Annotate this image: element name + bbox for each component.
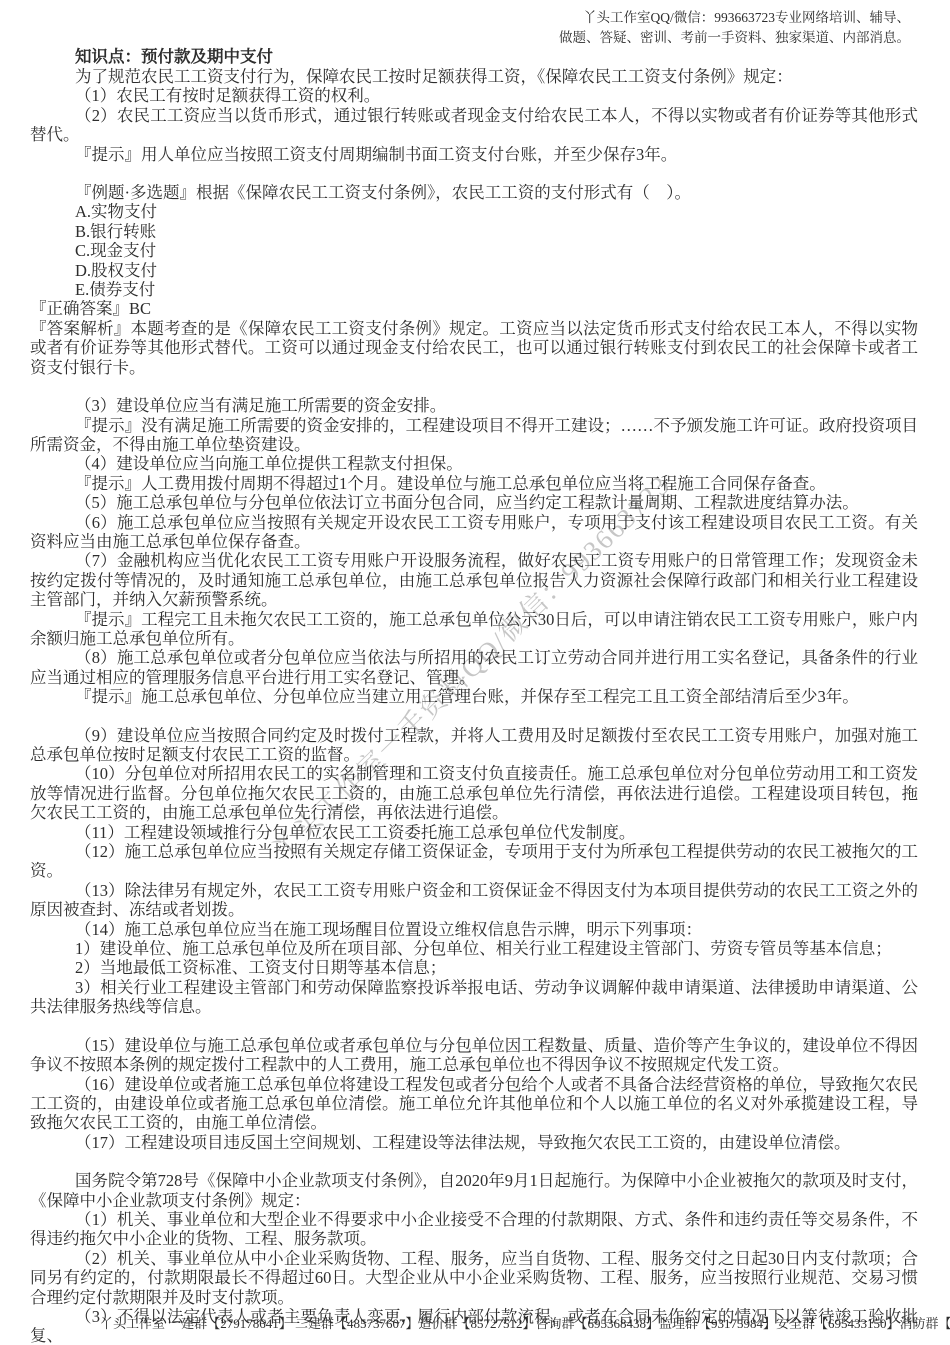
paragraph: 国务院令第728号《保障中小企业款项支付条例》，自2020年9月1日起施行。为保… <box>30 1171 918 1210</box>
paragraph: 『提示』人工费用拨付周期不得超过1个月。建设单位与施工总承包单位应当将工程施工合… <box>30 474 918 493</box>
header-line-2: 做题、答疑、密训、考前一手资料、独家渠道、内部消息。 <box>290 28 910 48</box>
paragraph: （5）施工总承包单位与分包单位依法订立书面分包合同，应当约定工程款计量周期、工程… <box>30 493 918 512</box>
paragraph: D.股权支付 <box>30 261 918 280</box>
paragraph: （14）施工总承包单位应当在施工现场醒目位置设立维权信息告示牌，明示下列事项： <box>30 920 918 939</box>
paragraph: （16）建设单位或者施工总承包单位将建设工程发包或者分包给个人或者不具备合法经营… <box>30 1075 918 1133</box>
paragraph: 『例题·多选题』根据《保障农民工工资支付条例》，农民工工资的支付形式有（ ）。 <box>30 183 918 202</box>
paragraph: （11）工程建设领域推行分包单位农民工工资委托施工总承包单位代发制度。 <box>30 823 918 842</box>
paragraph: C.现金支付 <box>30 241 918 260</box>
blank-line <box>30 1152 918 1171</box>
paragraph: 『提示』没有满足施工所需要的资金安排的，工程建设项目不得开工建设；……不予颁发施… <box>30 416 918 455</box>
blank-line <box>30 1017 918 1036</box>
paragraph: （4）建设单位应当向施工单位提供工程款支付担保。 <box>30 454 918 473</box>
document-content: 知识点：预付款及期中支付 为了规范农民工工资支付行为，保障农民工按时足额获得工资… <box>30 46 918 1345</box>
paragraph: （7）金融机构应当优化农民工工资专用账户开设服务流程，做好农民工工资专用账户的日… <box>30 551 918 609</box>
paragraph: （10）分包单位对所招用农民工的实名制管理和工资支付负直接责任。施工总承包单位对… <box>30 764 918 822</box>
paragraph: （13）除法律另有规定外，农民工工资专用账户资金和工资保证金不得因支付为本项目提… <box>30 881 918 920</box>
blank-line <box>30 377 918 396</box>
paragraph: （3）建设单位应当有满足施工所需要的资金安排。 <box>30 396 918 415</box>
paragraph: （12）施工总承包单位应当按照有关规定存储工资保证金，专项用于支付为所承包工程提… <box>30 842 918 881</box>
paragraph: 『提示』施工总承包单位、分包单位应当建立用工管理台账，并保存至工程完工且工资全部… <box>30 687 918 706</box>
qq-groups-footer: 丫头工作室 一建群【279178641】 二建群【485737607】造价群【8… <box>100 1315 950 1333</box>
paragraph: （9）建设单位应当按照合同约定及时拨付工程款，并将人工费用及时足额拨付至农民工工… <box>30 726 918 765</box>
paragraph: （8）施工总承包单位或者分包单位应当依法与所招用的农民工订立劳动合同并进行用工实… <box>30 648 918 687</box>
paragraph: 2）当地最低工资标准、工资支付日期等基本信息； <box>30 958 918 977</box>
paragraph: （2）机关、事业单位从中小企业采购货物、工程、服务，应当自货物、工程、服务交付之… <box>30 1249 918 1307</box>
paragraph: （1）农民工有按时足额获得工资的权利。 <box>30 86 918 105</box>
paragraph: （15）建设单位与施工总承包单位或者承包单位与分包单位因工程数量、质量、造价等产… <box>30 1036 918 1075</box>
paragraph: A.实物支付 <box>30 202 918 221</box>
paragraph: 『提示』用人单位应当按照工资支付周期编制书面工资支付台账，并至少保存3年。 <box>30 145 918 164</box>
paragraph: （2）农民工工资应当以货币形式，通过银行转账或者现金支付给农民工本人，不得以实物… <box>30 106 918 145</box>
blank-line <box>30 707 918 726</box>
paragraph: （17）工程建设项目违反国土空间规划、工程建设等法律法规，导致拖欠农民工工资的，… <box>30 1133 918 1152</box>
studio-contact-header: 丫头工作室QQ/微信：993663723专业网络培训、辅导、 做题、答疑、密训、… <box>290 8 910 48</box>
paragraph: 『提示』工程完工且未拖欠农民工工资的，施工总承包单位公示30日后，可以申请注销农… <box>30 610 918 649</box>
paragraph: （1）机关、事业单位和大型企业不得要求中小企业接受不合理的付款期限、方式、条件和… <box>30 1210 918 1249</box>
paragraph: 『答案解析』本题考查的是《保障农民工工资支付条例》规定。工资应当以法定货币形式支… <box>30 319 918 377</box>
blank-line <box>30 164 918 183</box>
paragraph: B.银行转账 <box>30 222 918 241</box>
paragraph: （6）施工总承包单位应当按照有关规定开设农民工工资专用账户，专项用于支付该工程建… <box>30 513 918 552</box>
paragraph: E.债券支付 <box>30 280 918 299</box>
paragraph: 为了规范农民工工资支付行为，保障农民工按时足额获得工资，《保障农民工工资支付条例… <box>30 67 918 86</box>
scanned-document-page: 丫头工作室QQ/微信：993663723专业网络培训、辅导、 做题、答疑、密训、… <box>0 0 950 1345</box>
paragraph: 『正确答案』BC <box>30 299 918 318</box>
paragraph: 3）相关行业工程建设主管部门和劳动保障监察投诉举报电话、劳动争议调解仲裁申请渠道… <box>30 978 918 1017</box>
document-paragraphs: 为了规范农民工工资支付行为，保障农民工按时足额获得工资，《保障农民工工资支付条例… <box>30 67 918 1345</box>
header-line-1: 丫头工作室QQ/微信：993663723专业网络培训、辅导、 <box>290 8 910 28</box>
paragraph: 1）建设单位、施工总承包单位及所在项目部、分包单位、相关行业工程建设主管部门、劳… <box>30 939 918 958</box>
knowledge-point-title: 知识点：预付款及期中支付 <box>30 46 918 67</box>
